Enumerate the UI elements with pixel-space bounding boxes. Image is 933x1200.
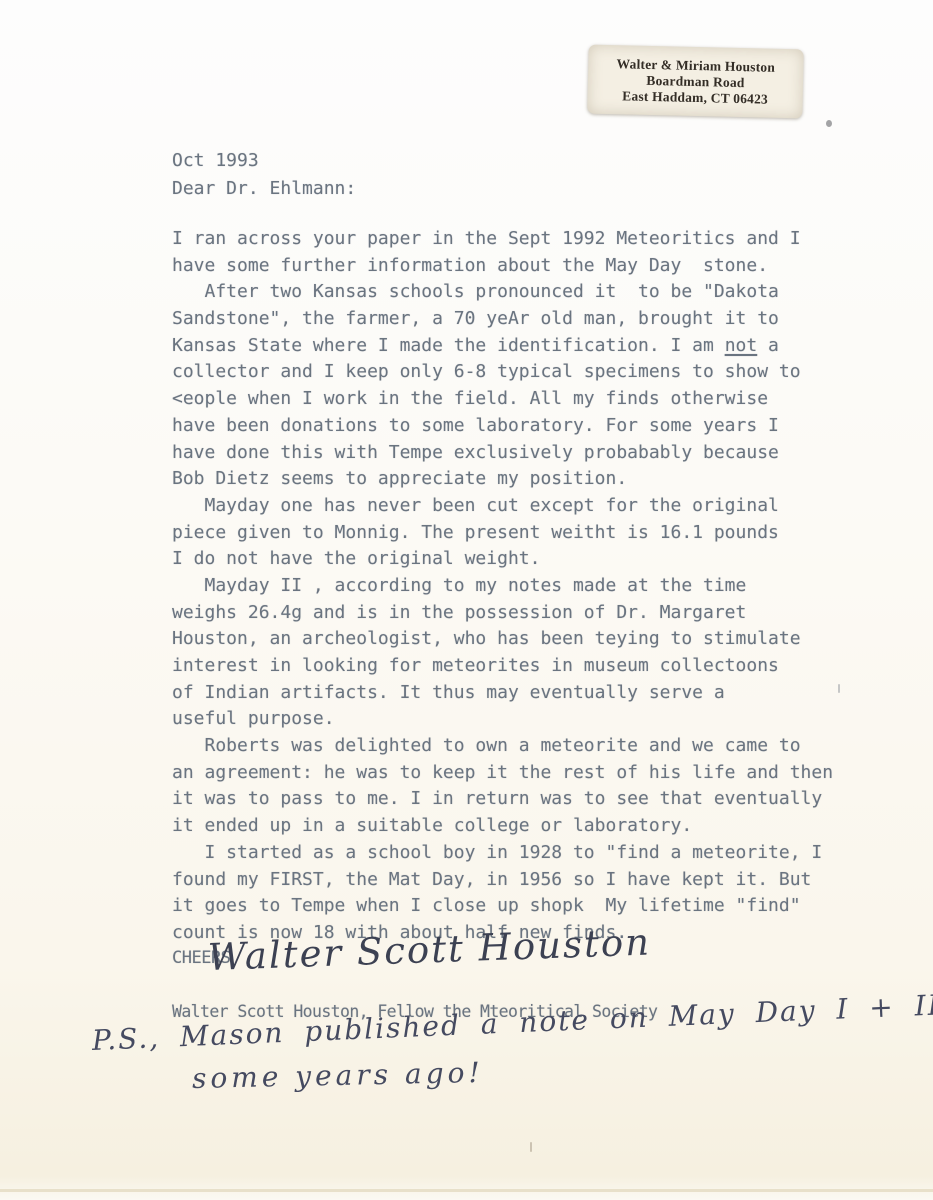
body-line: it goes to Tempe when I close up shopk M… (172, 893, 833, 920)
body-line: weighs 26.4g and is in the possession of… (172, 600, 833, 627)
body-line: I started as a school boy in 1928 to "fi… (172, 840, 833, 867)
body-line: collector and I keep only 6-8 typical sp… (172, 359, 833, 386)
return-address-label: Walter & Miriam Houston Boardman Road Ea… (587, 45, 804, 119)
body-line: <eople when I work in the field. All my … (172, 386, 833, 413)
body-line: it ended up in a suitable college or lab… (172, 813, 833, 840)
body-line: of Indian artifacts. It thus may eventua… (172, 680, 833, 707)
scan-bottom-edge (0, 1189, 933, 1192)
body-line: Bob Dietz seems to appreciate my positio… (172, 466, 833, 493)
scan-speck (530, 1142, 532, 1152)
body-line: Roberts was delighted to own a meteorite… (172, 733, 833, 760)
body-line: After two Kansas schools pronounced it t… (172, 279, 833, 306)
body-line: Kansas State where I made the identifica… (172, 333, 833, 360)
body-line: piece given to Monnig. The present weith… (172, 520, 833, 547)
body-line: have done this with Tempe exclusively pr… (172, 440, 833, 467)
postscript-line-2: some years ago! (192, 1056, 484, 1095)
body-line: interest in looking for meteorites in mu… (172, 653, 833, 680)
letter-date: Oct 1993 (172, 150, 259, 171)
body-line: Houston, an archeologist, who has been t… (172, 626, 833, 653)
address-label-city: East Haddam, CT 06423 (622, 88, 768, 107)
body-line: I do not have the original weight. (172, 546, 833, 573)
salutation: Dear Dr. Ehlmann: (172, 178, 356, 199)
body-line: an agreement: he was to keep it the rest… (172, 760, 833, 787)
body-line: it was to pass to me. I in return was to… (172, 786, 833, 813)
scan-speck (838, 684, 840, 693)
body-line: Mayday II , according to my notes made a… (172, 573, 833, 600)
body-line: Sandstone", the farmer, a 70 yeAr old ma… (172, 306, 833, 333)
body-line: have been donations to some laboratory. … (172, 413, 833, 440)
scanned-letter-page: Walter & Miriam Houston Boardman Road Ea… (0, 0, 933, 1200)
body-line: found my FIRST, the Mat Day, in 1956 so … (172, 867, 833, 894)
postscript-line-1: P.S., Mason published a note on May Day … (91, 988, 933, 1057)
body-line: I ran across your paper in the Sept 1992… (172, 226, 833, 253)
body-line: Mayday one has never been cut except for… (172, 493, 833, 520)
body-line: useful purpose. (172, 706, 833, 733)
letter-body: I ran across your paper in the Sept 1992… (172, 226, 833, 947)
address-label-name: Walter & Miriam Houston (616, 56, 775, 76)
body-line: have some further information about the … (172, 253, 833, 280)
scan-speck (826, 120, 832, 127)
